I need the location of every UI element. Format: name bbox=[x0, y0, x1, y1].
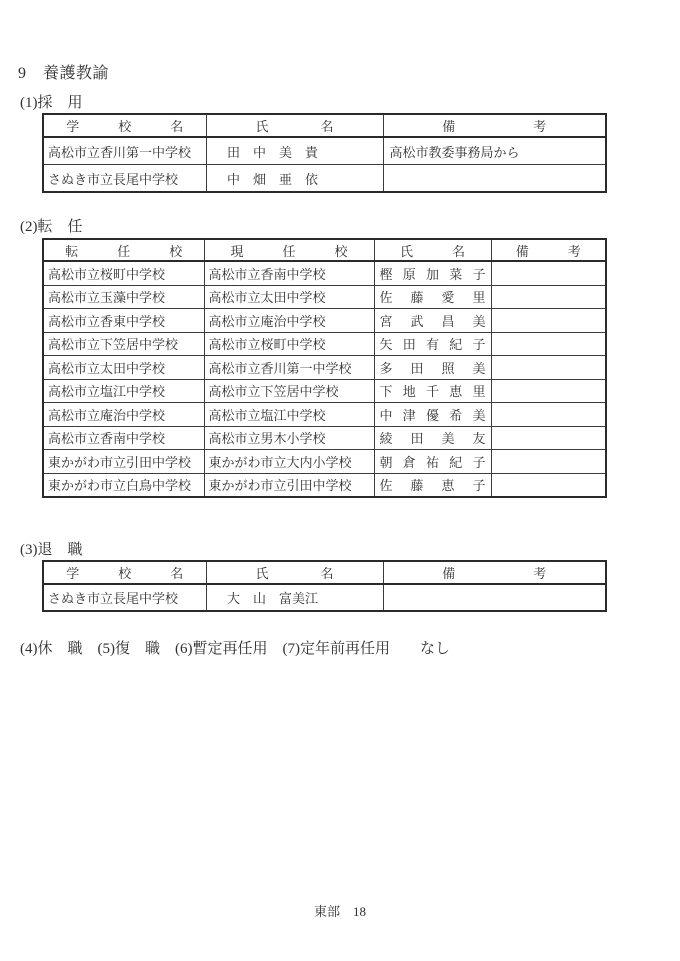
table-cell: 大 山 富美江 bbox=[206, 584, 383, 611]
table-cell: さぬき市立長尾中学校 bbox=[43, 165, 206, 193]
column-header: 学 校 名 bbox=[43, 561, 206, 584]
table-cell bbox=[383, 584, 606, 611]
table-cell: 中 津 優 希 美 bbox=[374, 403, 491, 427]
column-header: 備 考 bbox=[383, 114, 606, 137]
table-cell: 中 畑 亜 依 bbox=[206, 165, 383, 193]
table-cell: 高松市立塩江中学校 bbox=[43, 379, 204, 403]
table-cell: 佐 藤 愛 里 bbox=[374, 285, 491, 309]
transfer-table-header-row: 転 任 校現 任 校氏 名備 考 bbox=[43, 239, 606, 261]
table-cell: 高松市立塩江中学校 bbox=[204, 403, 374, 427]
table-cell: 宮 武 昌 美 bbox=[374, 309, 491, 333]
table-row: 高松市立玉藻中学校高松市立太田中学校佐 藤 愛 里 bbox=[43, 285, 606, 309]
table-cell: 高松市立下笠居中学校 bbox=[204, 379, 374, 403]
table-row: 東かがわ市立引田中学校東かがわ市立大内小学校朝 倉 祐 紀 子 bbox=[43, 450, 606, 474]
document-page: 9 養護教諭 (1)採 用 学 校 名氏 名備 考 高松市立香川第一中学校田 中… bbox=[0, 0, 680, 961]
retire-table-header-row: 学 校 名氏 名備 考 bbox=[43, 561, 606, 584]
table-cell bbox=[383, 165, 606, 193]
table-cell bbox=[491, 309, 606, 333]
table-cell bbox=[491, 379, 606, 403]
section-label-hire: (1)採 用 bbox=[20, 91, 83, 112]
table-cell: 高松市立桜町中学校 bbox=[43, 261, 204, 285]
retire-table-body: さぬき市立長尾中学校大 山 富美江 bbox=[43, 584, 606, 611]
table-cell bbox=[491, 450, 606, 474]
table-cell: 田 中 美 貴 bbox=[206, 137, 383, 165]
column-header: 備 考 bbox=[491, 239, 606, 261]
table-cell: 高松市立桜町中学校 bbox=[204, 332, 374, 356]
hire-table-body: 高松市立香川第一中学校田 中 美 貴高松市教委事務局からさぬき市立長尾中学校中 … bbox=[43, 137, 606, 192]
table-row: 高松市立桜町中学校高松市立香南中学校樫 原 加 菜 子 bbox=[43, 261, 606, 285]
column-header: 現 任 校 bbox=[204, 239, 374, 261]
table-cell bbox=[491, 426, 606, 450]
table-cell: 下 地 千 恵 里 bbox=[374, 379, 491, 403]
table-row: 高松市立下笠居中学校高松市立桜町中学校矢 田 有 紀 子 bbox=[43, 332, 606, 356]
table-cell: 東かがわ市立大内小学校 bbox=[204, 450, 374, 474]
table-cell: 樫 原 加 菜 子 bbox=[374, 261, 491, 285]
column-header: 氏 名 bbox=[206, 114, 383, 137]
section-label-retire: (3)退 職 bbox=[20, 538, 83, 559]
table-row: 高松市立太田中学校高松市立香川第一中学校多 田 照 美 bbox=[43, 356, 606, 380]
table-cell: 矢 田 有 紀 子 bbox=[374, 332, 491, 356]
table-cell: 高松市立下笠居中学校 bbox=[43, 332, 204, 356]
section-labels-others: (4)休 職 (5)復 職 (6)暫定再任用 (7)定年前再任用 なし bbox=[20, 637, 450, 658]
table-row: 高松市立香南中学校高松市立男木小学校綾 田 美 友 bbox=[43, 426, 606, 450]
table-cell: 高松市立庵治中学校 bbox=[43, 403, 204, 427]
table-row: 高松市立香川第一中学校田 中 美 貴高松市教委事務局から bbox=[43, 137, 606, 165]
table-cell: 高松市立庵治中学校 bbox=[204, 309, 374, 333]
table-cell: 佐 藤 恵 子 bbox=[374, 473, 491, 497]
table-row: さぬき市立長尾中学校中 畑 亜 依 bbox=[43, 165, 606, 193]
table-cell: 東かがわ市立引田中学校 bbox=[43, 450, 204, 474]
section-label-transfer: (2)転 任 bbox=[20, 215, 83, 236]
retire-table: 学 校 名氏 名備 考 さぬき市立長尾中学校大 山 富美江 bbox=[42, 560, 607, 612]
table-cell: 高松市立香南中学校 bbox=[204, 261, 374, 285]
table-cell bbox=[491, 356, 606, 380]
table-row: さぬき市立長尾中学校大 山 富美江 bbox=[43, 584, 606, 611]
table-cell: 高松市立香川第一中学校 bbox=[43, 137, 206, 165]
column-header: 備 考 bbox=[383, 561, 606, 584]
table-cell: 高松市立玉藻中学校 bbox=[43, 285, 204, 309]
table-cell: 高松市立男木小学校 bbox=[204, 426, 374, 450]
table-row: 東かがわ市立白鳥中学校東かがわ市立引田中学校佐 藤 恵 子 bbox=[43, 473, 606, 497]
table-cell: 高松市立太田中学校 bbox=[43, 356, 204, 380]
table-row: 高松市立庵治中学校高松市立塩江中学校中 津 優 希 美 bbox=[43, 403, 606, 427]
table-cell: 綾 田 美 友 bbox=[374, 426, 491, 450]
table-cell: 高松市立香南中学校 bbox=[43, 426, 204, 450]
table-row: 高松市立香東中学校高松市立庵治中学校宮 武 昌 美 bbox=[43, 309, 606, 333]
hire-table: 学 校 名氏 名備 考 高松市立香川第一中学校田 中 美 貴高松市教委事務局から… bbox=[42, 113, 607, 193]
transfer-table: 転 任 校現 任 校氏 名備 考 高松市立桜町中学校高松市立香南中学校樫 原 加… bbox=[42, 238, 607, 498]
table-cell: 多 田 照 美 bbox=[374, 356, 491, 380]
table-cell bbox=[491, 261, 606, 285]
table-cell: 朝 倉 祐 紀 子 bbox=[374, 450, 491, 474]
table-cell bbox=[491, 285, 606, 309]
table-cell: 東かがわ市立引田中学校 bbox=[204, 473, 374, 497]
table-cell: 高松市立香東中学校 bbox=[43, 309, 204, 333]
hire-table-header-row: 学 校 名氏 名備 考 bbox=[43, 114, 606, 137]
transfer-table-body: 高松市立桜町中学校高松市立香南中学校樫 原 加 菜 子高松市立玉藻中学校高松市立… bbox=[43, 261, 606, 497]
table-cell bbox=[491, 403, 606, 427]
table-cell bbox=[491, 332, 606, 356]
column-header: 氏 名 bbox=[374, 239, 491, 261]
table-cell: 東かがわ市立白鳥中学校 bbox=[43, 473, 204, 497]
table-cell: 高松市立太田中学校 bbox=[204, 285, 374, 309]
table-row: 高松市立塩江中学校高松市立下笠居中学校下 地 千 恵 里 bbox=[43, 379, 606, 403]
table-cell: さぬき市立長尾中学校 bbox=[43, 584, 206, 611]
column-header: 氏 名 bbox=[206, 561, 383, 584]
column-header: 転 任 校 bbox=[43, 239, 204, 261]
column-header: 学 校 名 bbox=[43, 114, 206, 137]
table-cell: 高松市教委事務局から bbox=[383, 137, 606, 165]
page-title: 9 養護教諭 bbox=[18, 60, 109, 83]
page-footer: 東部 18 bbox=[0, 901, 680, 920]
table-cell: 高松市立香川第一中学校 bbox=[204, 356, 374, 380]
table-cell bbox=[491, 473, 606, 497]
